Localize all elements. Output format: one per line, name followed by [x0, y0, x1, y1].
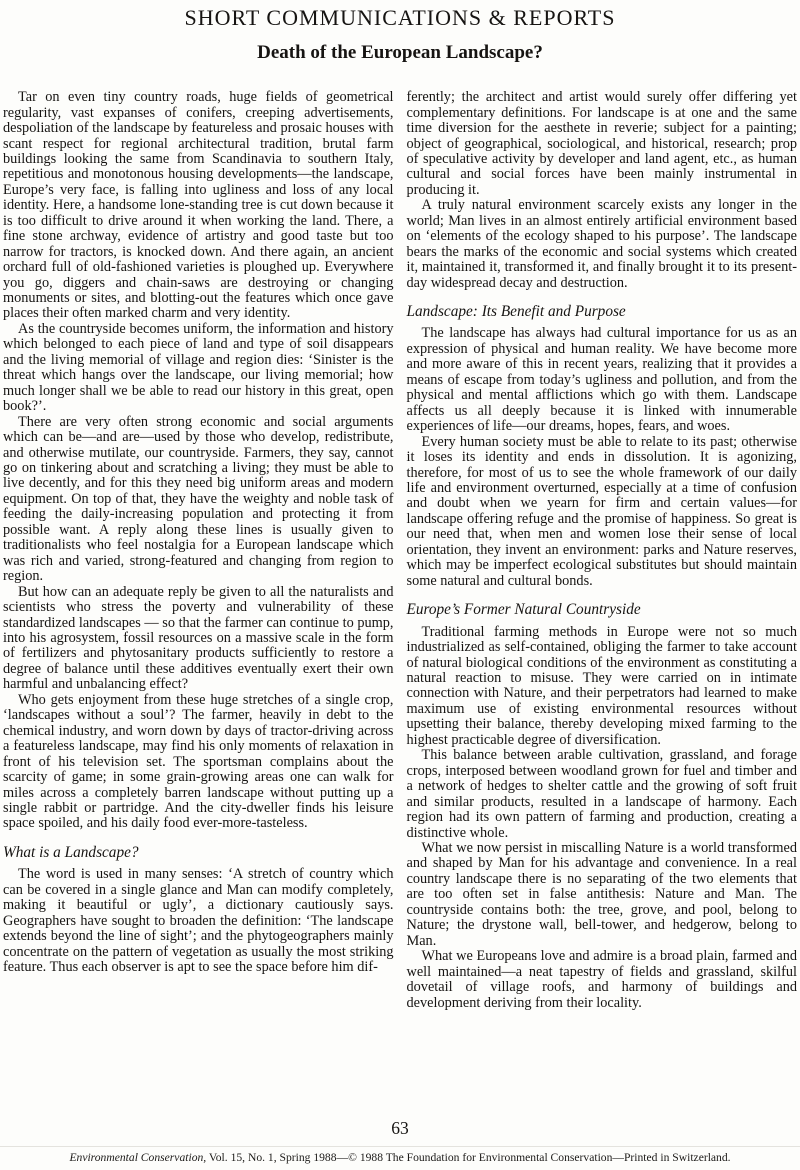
- paragraph: As the countryside becomes uniform, the …: [3, 322, 394, 415]
- paragraph: Tar on even tiny country roads, huge fie…: [3, 90, 394, 322]
- paragraph: What we now persist in miscalling Nature…: [407, 841, 798, 949]
- journal-name: Environmental Conservation,: [69, 1151, 206, 1164]
- paragraph: Traditional farming methods in Europe we…: [407, 625, 798, 749]
- section-heading: What is a Landscape?: [3, 845, 394, 860]
- paragraph: This balance between arable cultivation,…: [407, 748, 798, 841]
- right-column: ferently; the architect and artist would…: [407, 90, 798, 1011]
- paragraph: A truly natural environment scarcely exi…: [407, 198, 798, 291]
- page-header: SHORT COMMUNICATIONS & REPORTS Death of …: [0, 0, 800, 64]
- section-title: SHORT COMMUNICATIONS & REPORTS: [0, 5, 800, 30]
- two-column-body: Tar on even tiny country roads, huge fie…: [0, 90, 800, 1011]
- paragraph: The landscape has always had cultural im…: [407, 326, 798, 434]
- section-heading: Europe’s Former Natural Countryside: [407, 602, 798, 617]
- imprint-text: Vol. 15, No. 1, Spring 1988—© 1988 The F…: [206, 1151, 730, 1164]
- left-column: Tar on even tiny country roads, huge fie…: [3, 90, 394, 1011]
- paragraph: What we Europeans love and admire is a b…: [407, 949, 798, 1011]
- paragraph: Every human society must be able to rela…: [407, 435, 798, 590]
- paragraph: But how can an adequate reply be given t…: [3, 585, 394, 693]
- page-number: 63: [0, 1118, 800, 1139]
- journal-imprint: Environmental Conservation, Vol. 15, No.…: [0, 1146, 800, 1164]
- paragraph: Who gets enjoyment from these huge stret…: [3, 693, 394, 832]
- article-title: Death of the European Landscape?: [0, 42, 800, 64]
- paragraph: ferently; the architect and artist would…: [407, 90, 798, 198]
- paragraph: The word is used in many senses: ‘A stre…: [3, 867, 394, 975]
- section-heading: Landscape: Its Benefit and Purpose: [407, 304, 798, 319]
- journal-page: SHORT COMMUNICATIONS & REPORTS Death of …: [0, 0, 800, 1170]
- paragraph: There are very often strong economic and…: [3, 415, 394, 585]
